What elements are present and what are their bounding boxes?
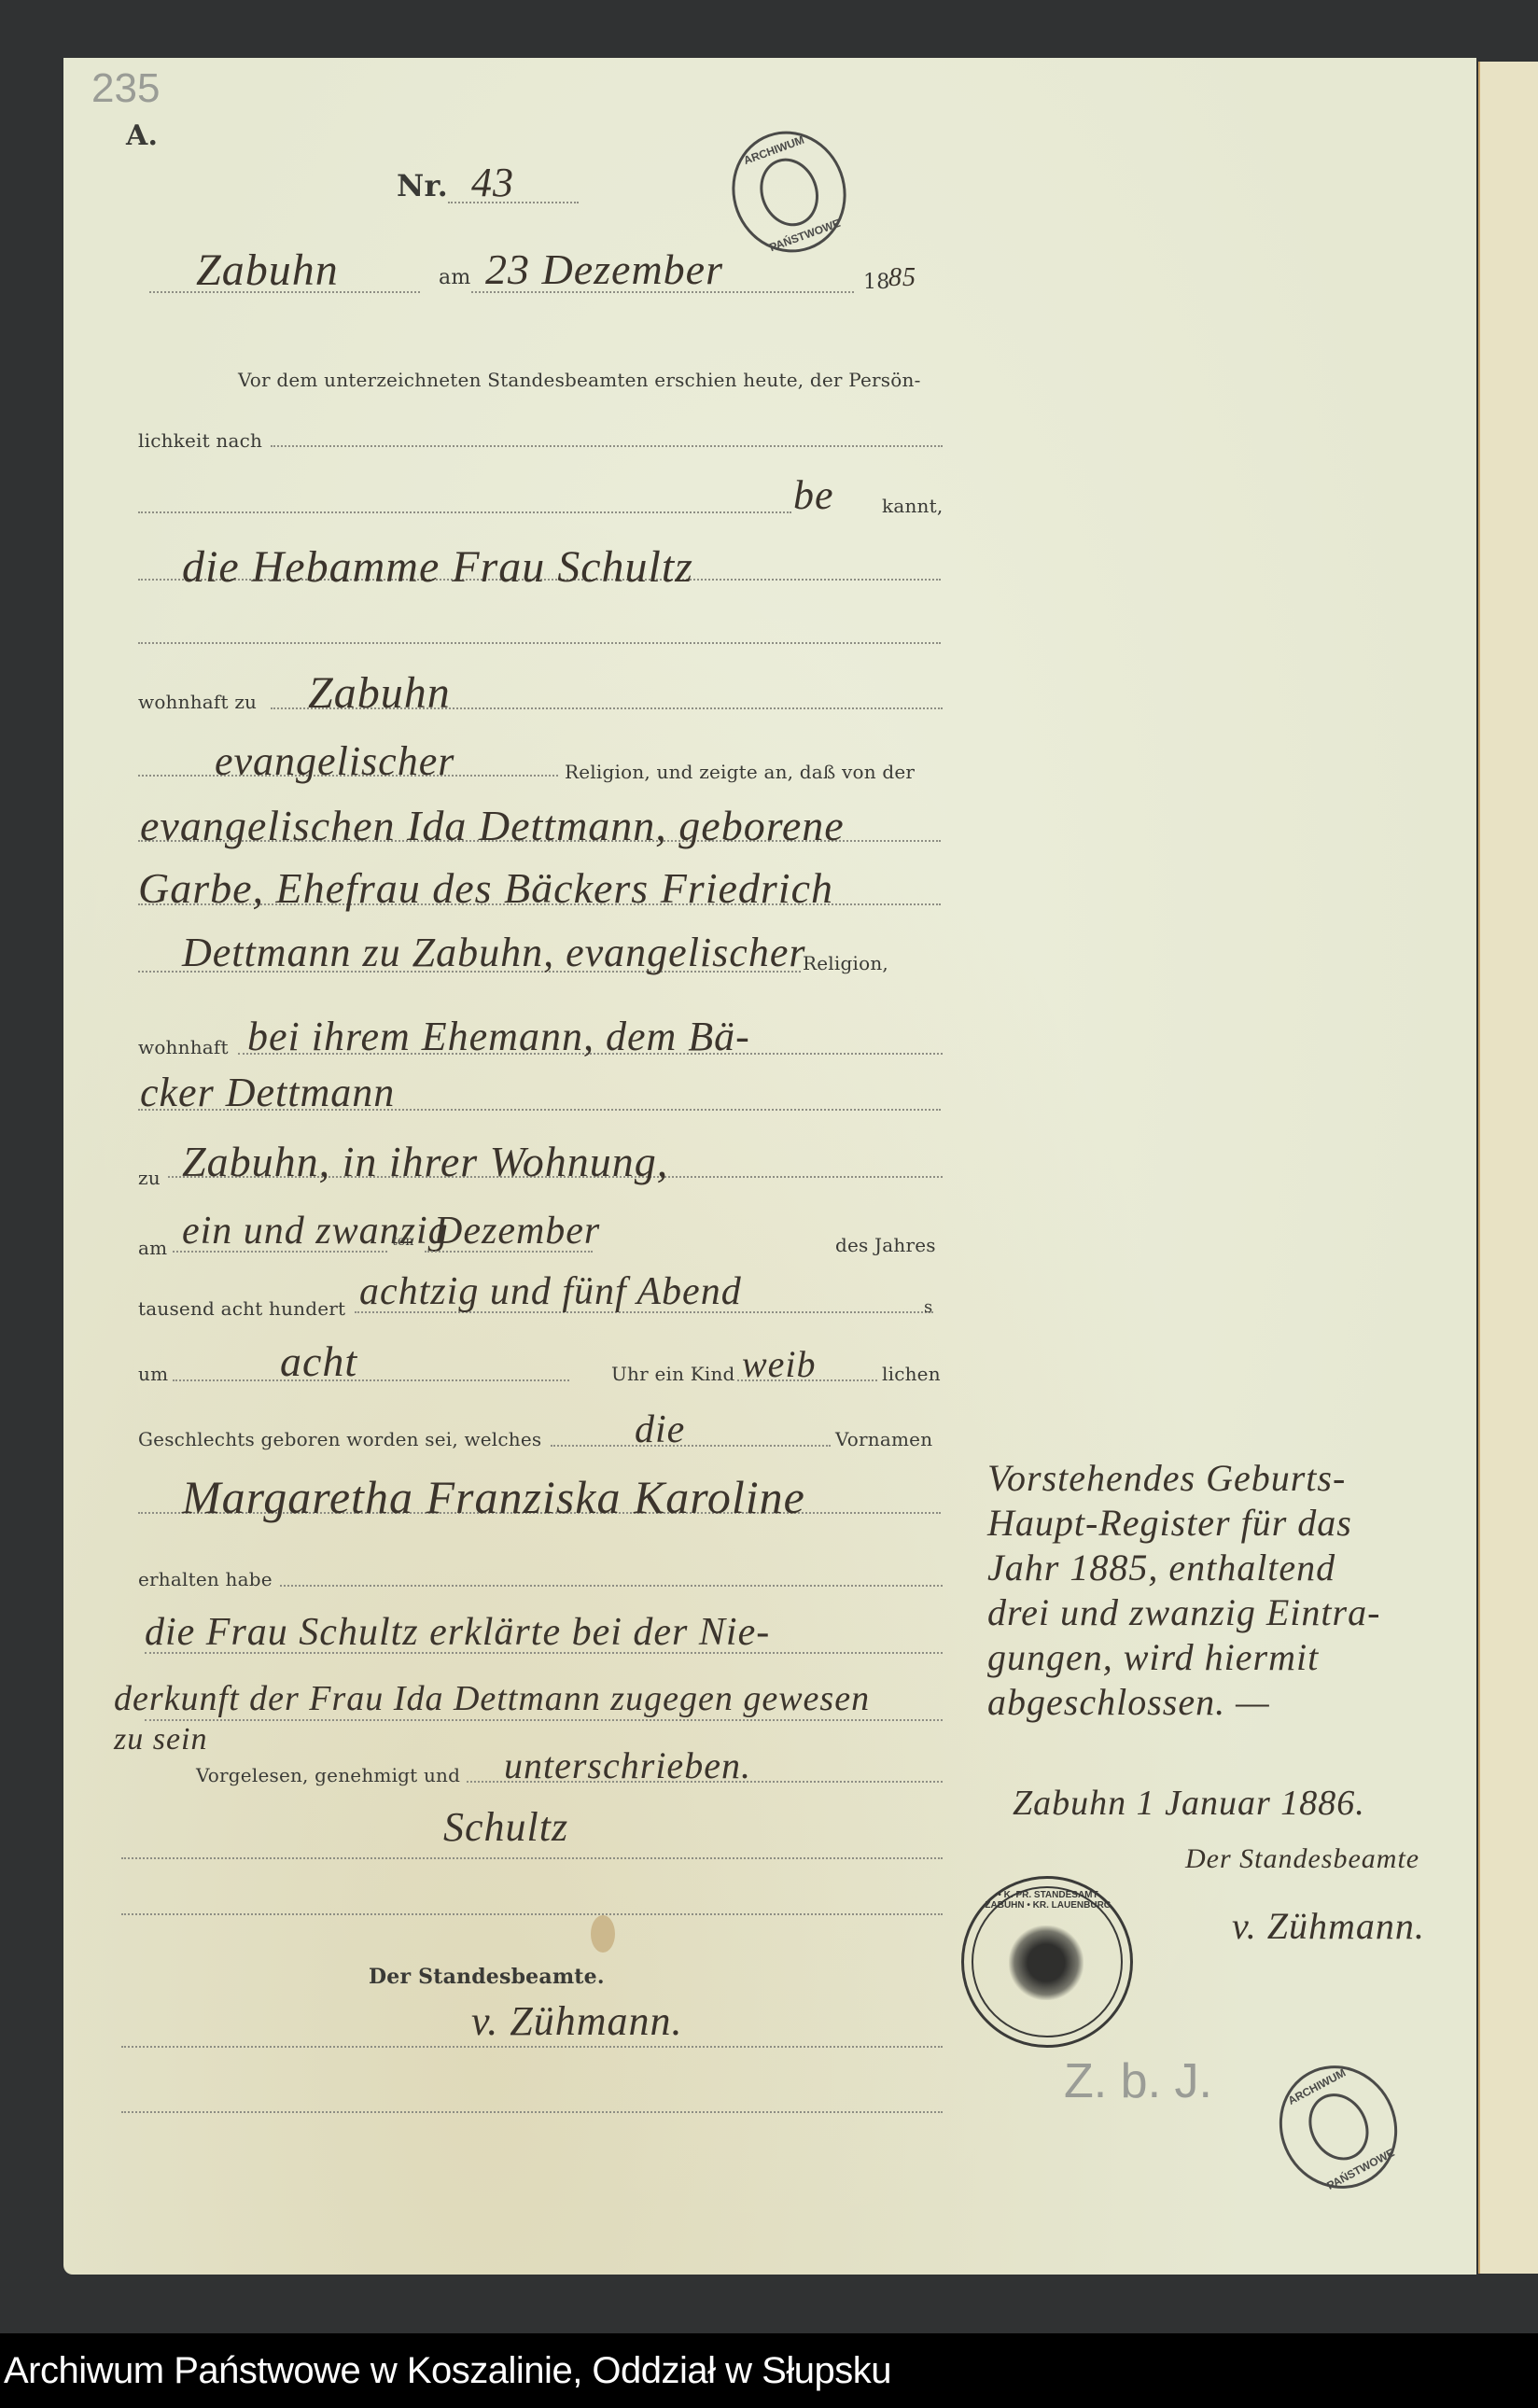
header-date: 23 Dezember (485, 245, 723, 294)
pencil-mark: Z. b. J. (1064, 2053, 1212, 2109)
lichen-label: lichen (882, 1363, 941, 1385)
margin-place-date: Zabuhn 1 Januar 1886. (1013, 1783, 1365, 1824)
registrar-title: Der Standesbeamte. (369, 1965, 605, 1989)
eagle-emblem-icon (1009, 1925, 1084, 2000)
field-line (551, 1445, 831, 1447)
margin-note-line: Jahr 1885, enthaltend (987, 1546, 1380, 1590)
nr-label: Nr. (397, 168, 448, 203)
mother-line-1: evangelischen Ida Dettmann, geborene (140, 801, 845, 850)
margin-note-line: abgeschlossen. — (987, 1680, 1380, 1725)
wohnhaft2-cont: cker Dettmann (140, 1069, 395, 1116)
des-jahres-label: des Jahres (835, 1234, 936, 1256)
margin-note-line: gungen, wird hiermit (987, 1635, 1380, 1680)
margin-signer-title: Der Standesbeamte (1185, 1843, 1419, 1875)
header-place: Zabuhn (196, 245, 339, 296)
zu-label: zu (138, 1167, 161, 1189)
field-line (138, 642, 941, 644)
uhr-label: Uhr ein Kind (611, 1363, 735, 1385)
s-suffix: s (924, 1297, 932, 1317)
um-label: um (138, 1363, 168, 1385)
am-label-2: am (138, 1237, 167, 1259)
intro-text: Vor dem unterzeichneten Standesbeamten e… (238, 369, 921, 391)
field-line (173, 1379, 569, 1381)
informant-religion: evangelischer (215, 737, 454, 785)
archive-caption: Archiwum Państwowe w Koszalinie, Oddział… (4, 2350, 891, 2392)
wohnhaft2-label: wohnhaft (138, 1036, 229, 1058)
note-line-3: zu sein (114, 1722, 208, 1757)
field-line (138, 511, 791, 513)
note-line-2: derkunft der Frau Ida Dettmann zugegen g… (114, 1678, 870, 1719)
child-article: die (635, 1407, 685, 1452)
registry-office-seal: • K. PR. STANDESAMT ZABUHN • KR. LAUENBU… (961, 1876, 1133, 2048)
nr-value: 43 (471, 159, 514, 206)
wohnhaft-label: wohnhaft zu (138, 691, 257, 713)
ten-suffix: ten (392, 1234, 414, 1249)
vorgelesen-value: unterschrieben. (504, 1743, 751, 1787)
field-line (145, 1719, 943, 1721)
field-line (271, 445, 943, 447)
erhalten-label: erhalten habe (138, 1568, 273, 1590)
margin-note-line: Haupt-Register für das (987, 1501, 1380, 1546)
bekannt-print: kannt, (882, 495, 943, 517)
informant-name: die Hebamme Frau Schultz (182, 541, 693, 593)
field-line (280, 1585, 943, 1587)
margin-signer-name: v. Zühmann. (1232, 1904, 1425, 1948)
margin-note-line: drei und zwanzig Eintra- (987, 1590, 1380, 1635)
birth-year-time: achtzig und fünf Abend (359, 1269, 742, 1314)
am-label: am (439, 266, 470, 289)
field-line (121, 2046, 943, 2048)
tausend-label: tausend acht hundert (138, 1297, 345, 1320)
margin-note: Vorstehendes Geburts- Haupt-Register für… (987, 1456, 1380, 1725)
margin-note-line: Vorstehendes Geburts- (987, 1456, 1380, 1501)
field-line (121, 1913, 943, 1915)
wohnhaft2-value: bei ihrem Ehemann, dem Bä- (247, 1013, 750, 1060)
year-suffix: 85 (888, 263, 916, 293)
vorgelesen-label: Vorgelesen, genehmigt und (196, 1764, 460, 1786)
archive-caption-bar: Archiwum Państwowe w Koszalinie, Oddział… (0, 2333, 1538, 2408)
form-letter: A. (126, 119, 158, 152)
adjacent-page-edge (1478, 62, 1538, 2274)
pencil-page-number: 235 (91, 65, 160, 112)
religion-label-2: Religion, (803, 952, 888, 974)
geschlechts-label: Geschlechts geboren worden sei, welches (138, 1428, 541, 1450)
religion-text: Religion, und zeigte an, daß von der (565, 761, 915, 783)
child-sex: weib (742, 1342, 817, 1386)
mother-line-3: Dettmann zu Zabuhn, evangelischer (182, 929, 805, 976)
birthplace-value: Zabuhn, in ihrer Wohnung, (182, 1137, 668, 1186)
field-line (121, 2111, 943, 2113)
registrar-signature: v. Zühmann. (471, 1997, 683, 2045)
vornamen-label: Vornamen (835, 1428, 932, 1450)
foxing-stain (591, 1915, 615, 1953)
wohnhaft-value: Zabuhn (308, 667, 451, 719)
lichkeit-label: lichkeit nach (138, 429, 262, 452)
bekannt-hand: be (793, 471, 834, 519)
note-line-1: die Frau Schultz erklärte bei der Nie- (145, 1610, 770, 1655)
birth-hour: acht (280, 1337, 357, 1386)
field-line (121, 1857, 943, 1859)
mother-line-2: Garbe, Ehefrau des Bäckers Friedrich (138, 863, 833, 913)
year-prefix: 18 (863, 271, 889, 294)
birth-month: Dezember (434, 1209, 600, 1253)
child-names: Margaretha Franziska Karoline (182, 1470, 805, 1524)
informant-signature: Schultz (443, 1803, 568, 1851)
